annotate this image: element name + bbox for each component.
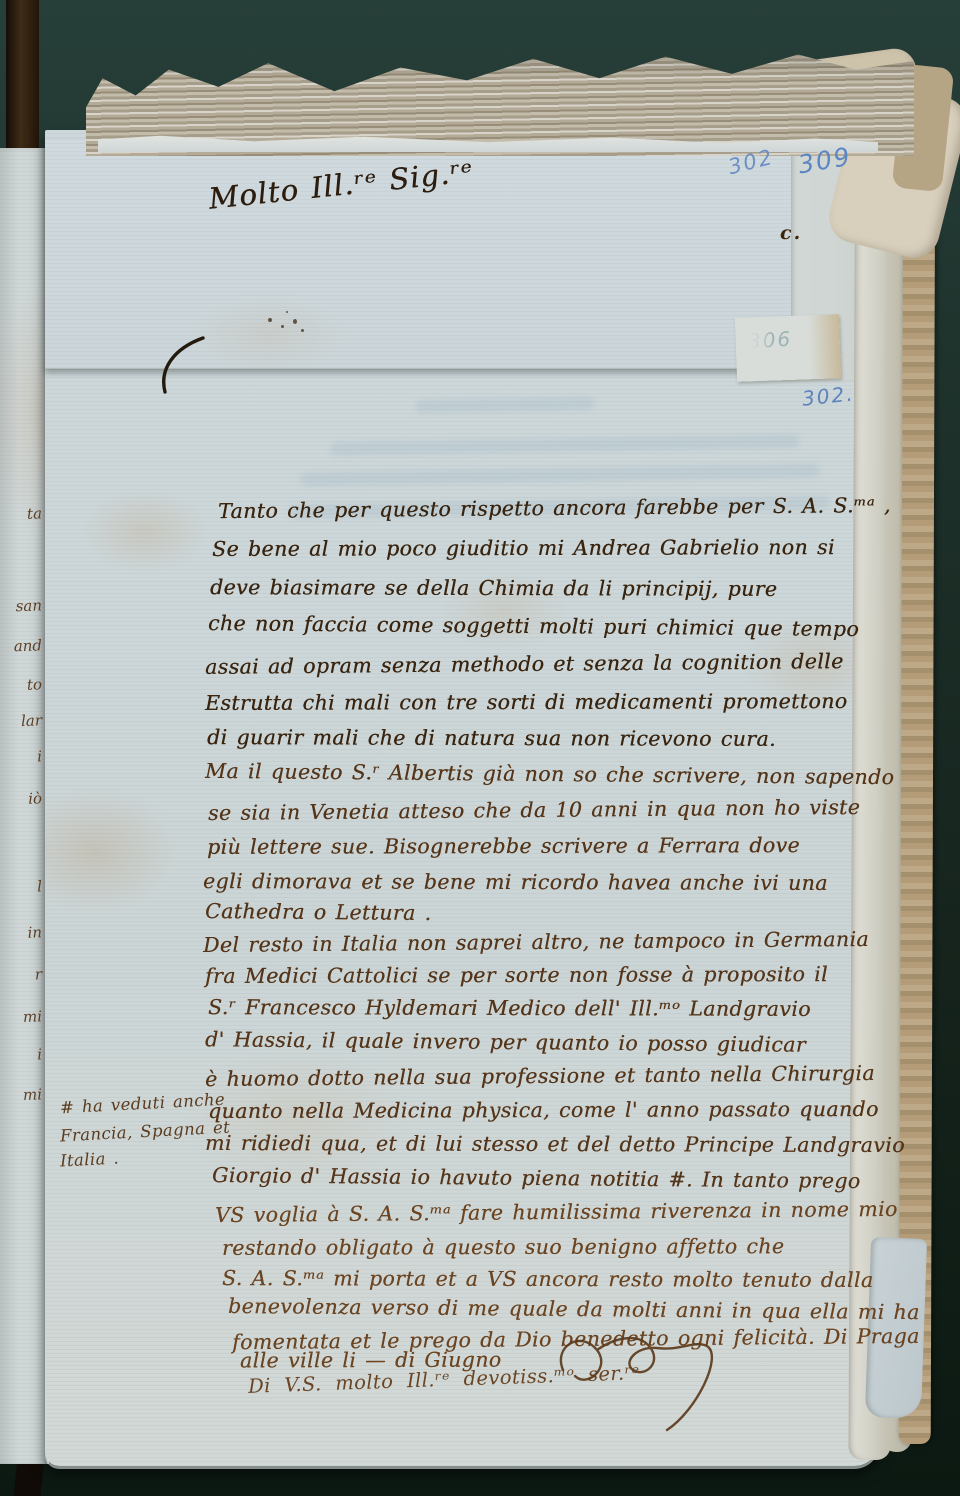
overlying-sheet xyxy=(45,140,791,369)
underlying-page-edge xyxy=(0,148,49,1464)
loose-leaf-flap-bottom-right xyxy=(865,1237,927,1419)
book-binding-top xyxy=(6,0,39,168)
photo-background: Molto Ill.ʳᵉ Sig.ʳᵉ Tanto che per questo… xyxy=(0,0,960,1496)
paper-scrap-patch xyxy=(735,314,841,382)
